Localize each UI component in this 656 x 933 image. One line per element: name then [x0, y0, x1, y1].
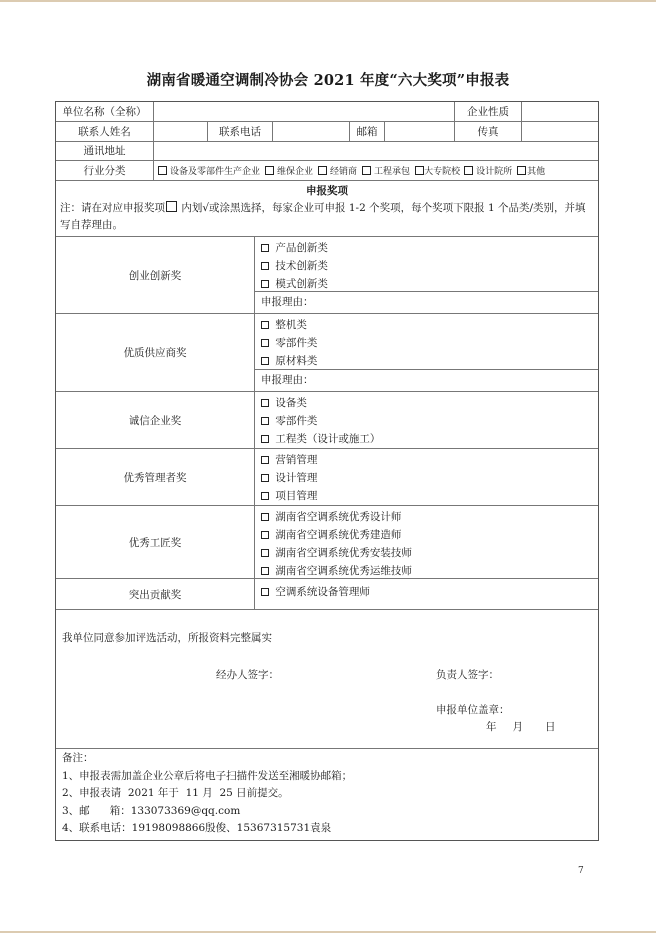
award-option[interactable]: 营销管理 — [261, 451, 598, 469]
award-option[interactable]: 原材料类 — [261, 352, 598, 370]
award-option[interactable]: 工程类（设计或施工） — [261, 430, 598, 448]
award-options: 空调系统设备管理师 — [255, 579, 598, 609]
checkbox-icon[interactable] — [261, 549, 269, 557]
option-label: 设备类 — [275, 394, 307, 412]
industry-option-label: 设计院所 — [476, 164, 512, 177]
leader-signature-field[interactable]: 负责人签字： — [436, 667, 499, 682]
industry-option-label: 经销商 — [330, 164, 357, 177]
year-label: 年 — [486, 719, 497, 734]
awards-section-header: 申报奖项 注：请在对应申报奖项 内划√或涂黑选择，每家企业可申报 1-2 个奖项… — [56, 181, 598, 237]
industry-option-label: 工程承包 — [374, 164, 410, 177]
checkbox-icon[interactable] — [261, 339, 269, 347]
email-label: 邮箱 — [350, 122, 385, 141]
checkbox-icon[interactable] — [261, 321, 269, 329]
option-label: 零部件类 — [275, 412, 317, 430]
awards-heading: 申报奖项 — [60, 183, 594, 200]
award-options: 整机类 零部件类 原材料类 — [255, 314, 598, 369]
checkbox-icon[interactable] — [318, 166, 327, 175]
fax-label: 传真 — [455, 122, 522, 141]
award-row-integrity: 诚信企业奖 设备类 零部件类 工程类（设计或施工） — [56, 392, 598, 449]
award-options: 设备类 零部件类 工程类（设计或施工） — [255, 392, 598, 448]
declaration-block: 我单位同意参加评选活动，所报资料完整属实 经办人签字： 负责人签字： 申报单位盖… — [56, 610, 598, 749]
checkbox-icon[interactable] — [261, 280, 269, 288]
industry-label: 行业分类 — [56, 161, 154, 180]
industry-option-label: 设备及零部件生产企业 — [170, 164, 260, 177]
option-label: 湖南省空调系统优秀设计师 — [275, 508, 401, 526]
unit-name-field[interactable] — [154, 102, 455, 121]
option-label: 原材料类 — [275, 352, 317, 370]
row-address: 通讯地址 — [56, 142, 598, 162]
checkbox-icon[interactable] — [362, 166, 371, 175]
row-contact: 联系人姓名 联系电话 邮箱 传真 — [56, 122, 598, 142]
unit-name-label: 单位名称（全称） — [56, 102, 154, 121]
checkbox-icon[interactable] — [261, 417, 269, 425]
award-option[interactable]: 湖南省空调系统优秀运维技师 — [261, 562, 598, 580]
document-title: 湖南省暖通空调制冷协会 2021 年度“六大奖项”申报表 — [0, 69, 656, 90]
nature-field[interactable] — [522, 102, 598, 121]
option-label: 营销管理 — [275, 451, 317, 469]
award-name: 创业创新奖 — [56, 237, 255, 313]
page-top-edge — [0, 0, 656, 2]
award-name: 优质供应商奖 — [56, 314, 255, 391]
award-option[interactable]: 产品创新类 — [261, 239, 598, 257]
checkbox-icon[interactable] — [261, 567, 269, 575]
award-option[interactable]: 设计管理 — [261, 469, 598, 487]
option-label: 工程类（设计或施工） — [275, 430, 380, 448]
option-label: 设计管理 — [275, 469, 317, 487]
option-label: 湖南省空调系统优秀运维技师 — [275, 562, 412, 580]
option-label: 湖南省空调系统优秀建造师 — [275, 526, 401, 544]
row-unit-name: 单位名称（全称） 企业性质 — [56, 102, 598, 122]
seal-field[interactable]: 申报单位盖章： — [436, 702, 510, 717]
award-row-contribution: 突出贡献奖 空调系统设备管理师 — [56, 579, 598, 610]
checkbox-icon[interactable] — [517, 166, 526, 175]
award-row-craftsman: 优秀工匠奖 湖南省空调系统优秀设计师 湖南省空调系统优秀建造师 湖南省空调系统优… — [56, 506, 598, 579]
industry-option-label: 其他 — [527, 164, 545, 177]
award-option[interactable]: 空调系统设备管理师 — [261, 583, 598, 601]
email-field[interactable] — [385, 122, 455, 141]
industry-option-design-institute[interactable]: 设计院所 — [464, 164, 512, 177]
award-row-innovation: 创业创新奖 产品创新类 技术创新类 模式创新类 申报理由： — [56, 237, 598, 314]
award-name: 优秀管理者奖 — [56, 449, 255, 505]
row-industry: 行业分类 设备及零部件生产企业 维保企业 经销商 工程承包 大专院校 设计院所 … — [56, 161, 598, 181]
notes-heading: 备注： — [62, 750, 592, 768]
option-label: 空调系统设备管理师 — [275, 583, 370, 601]
award-option[interactable]: 整机类 — [261, 316, 598, 334]
option-label: 项目管理 — [275, 487, 317, 505]
note-prefix: 注：请在对应申报奖项 — [60, 202, 165, 214]
award-name: 突出贡献奖 — [56, 579, 255, 609]
checkbox-icon[interactable] — [415, 166, 424, 175]
checkbox-icon[interactable] — [261, 244, 269, 252]
note-item: 2、申报表请 2021 年于 11 月 25 日前提交。 — [62, 785, 592, 803]
handler-signature-field[interactable]: 经办人签字： — [216, 667, 279, 682]
address-label: 通讯地址 — [56, 142, 154, 161]
industry-option-distributor[interactable]: 经销商 — [318, 164, 357, 177]
option-label: 整机类 — [275, 316, 307, 334]
checkbox-icon[interactable] — [261, 456, 269, 464]
reason-field[interactable]: 申报理由： — [255, 291, 598, 313]
checkbox-icon[interactable] — [464, 166, 473, 175]
industry-option-college[interactable]: 大专院校 — [415, 164, 460, 177]
award-option[interactable]: 零部件类 — [261, 412, 598, 430]
award-options: 湖南省空调系统优秀设计师 湖南省空调系统优秀建造师 湖南省空调系统优秀安装技师 … — [255, 506, 598, 578]
declaration-text: 我单位同意参加评选活动，所报资料完整属实 — [62, 630, 272, 645]
industry-options: 设备及零部件生产企业 维保企业 经销商 工程承包 大专院校 设计院所 其他 — [154, 161, 598, 180]
checkbox-icon[interactable] — [261, 435, 269, 443]
industry-option-maintenance[interactable]: 维保企业 — [265, 164, 313, 177]
note-item-email: 3、邮 箱：133073369@qq.com — [62, 803, 592, 821]
note-item-phone: 4、联系电话：19198098866殷俊、15367315731袁泉 — [62, 820, 592, 838]
date-field[interactable]: 年月日 — [486, 719, 556, 734]
checkbox-icon[interactable] — [158, 166, 167, 175]
checkbox-icon — [166, 201, 177, 212]
checkbox-icon[interactable] — [261, 492, 269, 500]
option-label: 产品创新类 — [275, 239, 328, 257]
awards-note-block: 申报奖项 注：请在对应申报奖项 内划√或涂黑选择，每家企业可申报 1-2 个奖项… — [56, 181, 598, 237]
checkbox-icon[interactable] — [261, 262, 269, 270]
phone-label: 联系电话 — [208, 122, 273, 141]
note-item: 1、申报表需加盖企业公章后将电子扫描件发送至湘暖协邮箱； — [62, 768, 592, 786]
award-option[interactable]: 项目管理 — [261, 487, 598, 505]
month-label: 月 — [513, 719, 524, 734]
contact-name-field[interactable] — [154, 122, 208, 141]
page-number: 7 — [578, 866, 584, 876]
award-row-supplier: 优质供应商奖 整机类 零部件类 原材料类 申报理由： — [56, 314, 598, 392]
checkbox-icon[interactable] — [261, 513, 269, 521]
phone-field[interactable] — [273, 122, 350, 141]
checkbox-icon[interactable] — [261, 531, 269, 539]
contact-name-label: 联系人姓名 — [56, 122, 154, 141]
award-options: 产品创新类 技术创新类 模式创新类 — [255, 237, 598, 291]
address-field[interactable] — [154, 142, 598, 161]
industry-option-label: 维保企业 — [277, 164, 313, 177]
fax-field[interactable] — [522, 122, 598, 141]
award-option[interactable]: 湖南省空调系统优秀设计师 — [261, 508, 598, 526]
award-name: 优秀工匠奖 — [56, 506, 255, 578]
nature-label: 企业性质 — [455, 102, 522, 121]
award-name: 诚信企业奖 — [56, 392, 255, 448]
application-form: 单位名称（全称） 企业性质 联系人姓名 联系电话 邮箱 传真 通讯地址 行业分类… — [55, 101, 599, 841]
notes-block: 备注： 1、申报表需加盖企业公章后将电子扫描件发送至湘暖协邮箱； 2、申报表请 … — [56, 749, 598, 840]
checkbox-icon[interactable] — [261, 399, 269, 407]
industry-option-other[interactable]: 其他 — [517, 164, 545, 177]
award-option[interactable]: 零部件类 — [261, 334, 598, 352]
award-option[interactable]: 技术创新类 — [261, 257, 598, 275]
award-option[interactable]: 设备类 — [261, 394, 598, 412]
checkbox-icon[interactable] — [261, 357, 269, 365]
checkbox-icon[interactable] — [265, 166, 274, 175]
award-options: 营销管理 设计管理 项目管理 — [255, 449, 598, 505]
checkbox-icon[interactable] — [261, 588, 269, 596]
option-label: 技术创新类 — [275, 257, 328, 275]
award-option[interactable]: 湖南省空调系统优秀安装技师 — [261, 544, 598, 562]
award-row-manager: 优秀管理者奖 营销管理 设计管理 项目管理 — [56, 449, 598, 506]
awards-note: 注：请在对应申报奖项 内划√或涂黑选择，每家企业可申报 1-2 个奖项，每个奖项… — [60, 200, 594, 234]
industry-option-label: 大专院校 — [424, 164, 460, 177]
industry-option-contractor[interactable]: 工程承包 — [362, 164, 410, 177]
reason-field[interactable]: 申报理由： — [255, 369, 598, 391]
award-option[interactable]: 湖南省空调系统优秀建造师 — [261, 526, 598, 544]
checkbox-icon[interactable] — [261, 474, 269, 482]
industry-option-manufacturer[interactable]: 设备及零部件生产企业 — [158, 164, 260, 177]
day-label: 日 — [545, 719, 556, 734]
option-label: 零部件类 — [275, 334, 317, 352]
option-label: 湖南省空调系统优秀安装技师 — [275, 544, 412, 562]
